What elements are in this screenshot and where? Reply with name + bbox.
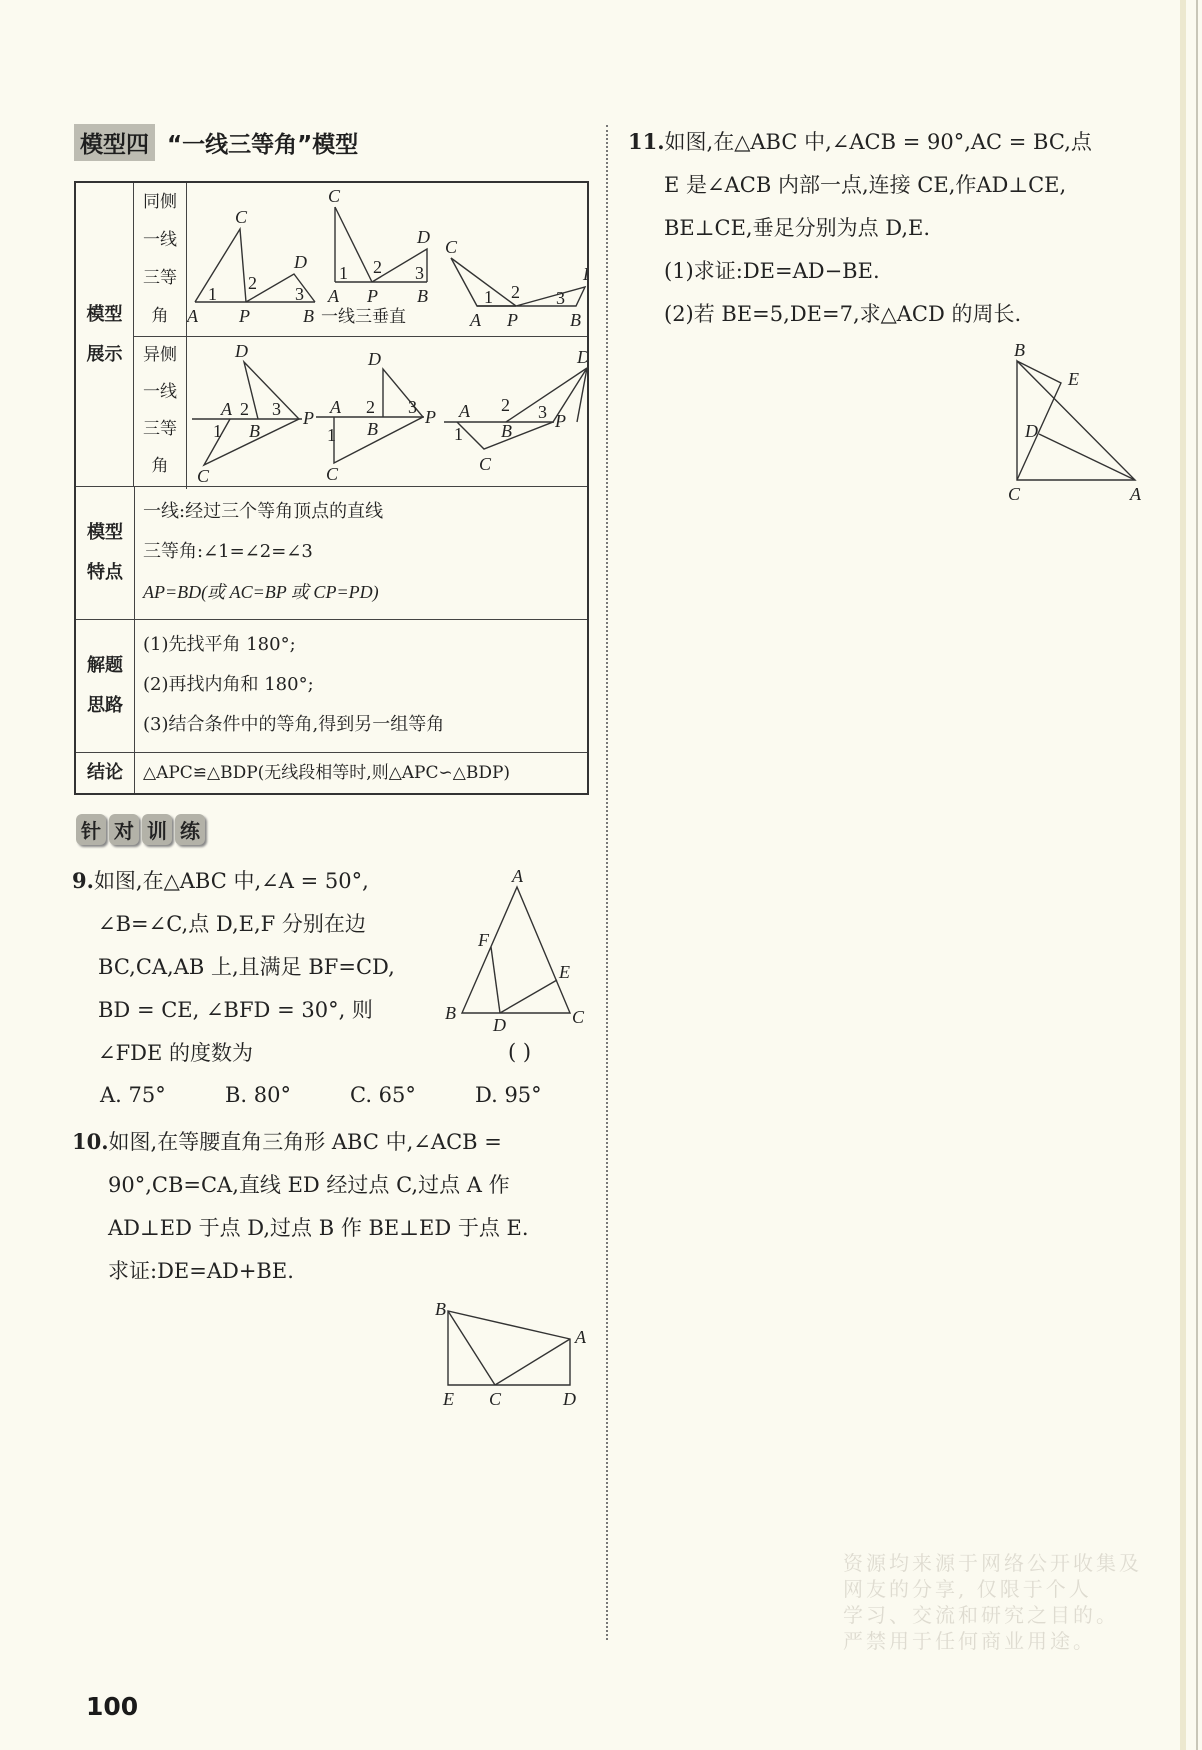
- question-line: BD = CE, ∠BFD = 30°, 则: [72, 989, 442, 1032]
- table-row-conclusion: 结论 △APC≌△BDP(无线段相等时,则△APC∽△BDP): [76, 752, 587, 793]
- question-number: 11.: [628, 129, 665, 154]
- row-header-line: 解题: [87, 646, 123, 686]
- question-9-options: A. 75° B. 80° C. 65° D. 95°: [100, 1074, 600, 1117]
- question-line: BC,CA,AB 上,且满足 BF=CD,: [72, 946, 442, 989]
- conclusion-content: △APC≌△BDP(无线段相等时,则△APC∽△BDP): [135, 753, 587, 793]
- svg-text:A: A: [329, 397, 342, 417]
- section-title: “一线三等角”模型: [167, 126, 358, 159]
- svg-text:B: B: [417, 286, 428, 306]
- svg-text:P: P: [238, 306, 250, 326]
- svg-text:E: E: [442, 1389, 454, 1409]
- column-divider: [606, 125, 608, 1640]
- svg-text:A: A: [458, 401, 471, 421]
- feature-line: 三等角:∠1=∠2=∠3: [135, 532, 587, 572]
- svg-text:D: D: [582, 264, 587, 284]
- section-tag: 模型四: [74, 124, 155, 161]
- svg-text:D: D: [562, 1389, 576, 1409]
- row-header-line: 结论: [87, 753, 123, 793]
- approach-line: (3)结合条件中的等角,得到另一组等角: [135, 705, 587, 745]
- page-number: 100: [86, 1692, 138, 1721]
- svg-text:F: F: [477, 930, 490, 950]
- question-11-figure: BED CA: [990, 340, 1150, 510]
- svg-text:2: 2: [373, 257, 382, 277]
- svg-text:3: 3: [415, 263, 424, 283]
- same-side-figures: ACP DB 123 一线三垂直 CAPBD 123: [187, 183, 587, 336]
- svg-text:B: B: [249, 421, 260, 441]
- row-header-line: 思路: [87, 686, 123, 726]
- watermark-line: 资源均来源于网络公开收集及: [843, 1550, 1142, 1576]
- svg-text:D: D: [234, 341, 248, 361]
- svg-text:D: D: [293, 252, 307, 272]
- section-header: 模型四 “一线三等角”模型: [74, 124, 358, 160]
- svg-text:1: 1: [339, 263, 348, 283]
- svg-text:3: 3: [408, 397, 417, 417]
- label-line: 角: [134, 448, 186, 485]
- watermark-line: 学习、交流和研究之目的。: [843, 1602, 1142, 1628]
- svg-text:E: E: [1067, 369, 1079, 389]
- conclusion-line: △APC≌△BDP(无线段相等时,则△APC∽△BDP): [135, 753, 587, 793]
- svg-text:B: B: [367, 419, 378, 439]
- svg-text:B: B: [570, 310, 581, 330]
- svg-text:C: C: [235, 207, 248, 227]
- opposite-side-diagrams: DA23 PB1C DA23 PB1C DA23 PB1C: [187, 337, 587, 485]
- option-c: C. 65°: [350, 1074, 475, 1117]
- question-line: 求证:DE=AD+BE.: [72, 1250, 592, 1293]
- approach-content: (1)先找平角 180°; (2)再找内角和 180°; (3)结合条件中的等角…: [135, 620, 587, 752]
- svg-text:C: C: [445, 237, 458, 257]
- svg-text:1: 1: [454, 424, 463, 444]
- svg-text:B: B: [501, 421, 512, 441]
- question-line: 如图,在△ABC 中,∠A = 50°,: [94, 869, 369, 893]
- svg-text:1: 1: [327, 425, 336, 445]
- svg-text:D: D: [576, 347, 587, 367]
- row-header-line: 特点: [87, 553, 123, 593]
- question-line: AD⊥ED 于点 D,过点 B 作 BE⊥ED 于点 E.: [72, 1207, 592, 1250]
- question-9: 9.如图,在△ABC 中,∠A = 50°, ∠B=∠C,点 D,E,F 分别在…: [72, 859, 442, 1075]
- option-b: B. 80°: [225, 1074, 350, 1117]
- question-number: 10.: [72, 1129, 109, 1154]
- svg-text:A: A: [327, 286, 340, 306]
- option-a: A. 75°: [100, 1074, 225, 1117]
- question-line: ∠FDE 的度数为: [72, 1032, 442, 1075]
- label-line: 异侧: [134, 337, 186, 374]
- label-line: 一线: [134, 221, 186, 259]
- svg-text:C: C: [197, 466, 210, 485]
- svg-text:B: B: [1014, 340, 1025, 360]
- svg-text:2: 2: [366, 397, 375, 417]
- row-header: 模型 展示: [76, 183, 134, 486]
- svg-text:B: B: [303, 306, 314, 326]
- table-row-approach: 解题 思路 (1)先找平角 180°; (2)再找内角和 180°; (3)结合…: [76, 619, 587, 752]
- table-row-model-display: 模型 展示 同侧 一线 三等 角 ACP: [76, 183, 587, 486]
- watermark: 资源均来源于网络公开收集及 网友的分享, 仅限于个人 学习、交流和研究之目的。 …: [843, 1550, 1142, 1654]
- feature-line: 一线:经过三个等角顶点的直线: [135, 492, 587, 532]
- features-content: 一线:经过三个等角顶点的直线 三等角:∠1=∠2=∠3 AP=BD(或 AC=B…: [135, 487, 587, 619]
- label-line: 一线: [134, 374, 186, 411]
- svg-text:A: A: [511, 866, 524, 886]
- svg-text:P: P: [554, 411, 566, 431]
- svg-text:C: C: [1008, 484, 1021, 504]
- opposite-side-figures: DA23 PB1C DA23 PB1C DA23 PB1C: [187, 337, 587, 489]
- question-line: E 是∠ACB 内部一点,连接 CE,作AD⊥CE,: [628, 164, 1188, 207]
- svg-text:2: 2: [240, 399, 249, 419]
- svg-text:D: D: [416, 227, 430, 247]
- approach-line: (2)再找内角和 180°;: [135, 665, 587, 705]
- practice-char: 训: [142, 814, 172, 845]
- same-side-label: 同侧 一线 三等 角: [134, 183, 187, 336]
- question-9-figure: ABC DEF: [440, 860, 600, 1050]
- question-number: 9.: [72, 868, 94, 893]
- option-d: D. 95°: [475, 1074, 600, 1117]
- svg-text:3: 3: [556, 288, 565, 308]
- svg-text:D: D: [367, 349, 381, 369]
- svg-text:C: C: [326, 464, 339, 484]
- svg-text:3: 3: [295, 284, 304, 304]
- svg-text:2: 2: [248, 273, 257, 293]
- practice-char: 针: [76, 814, 106, 845]
- svg-text:C: C: [489, 1389, 502, 1409]
- svg-text:一线三垂直: 一线三垂直: [321, 307, 406, 327]
- svg-text:C: C: [572, 1007, 585, 1027]
- svg-text:C: C: [328, 186, 341, 206]
- svg-text:3: 3: [272, 399, 281, 419]
- svg-text:D: D: [492, 1015, 506, 1035]
- svg-text:P: P: [424, 407, 436, 427]
- question-line: 如图,在等腰直角三角形 ABC 中,∠ACB =: [109, 1130, 502, 1154]
- svg-text:E: E: [558, 962, 570, 982]
- row-header: 结论: [76, 753, 135, 793]
- table-row-features: 模型 特点 一线:经过三个等角顶点的直线 三等角:∠1=∠2=∠3 AP=BD(…: [76, 486, 587, 619]
- feature-line: AP=BD(或 AC=BP 或 CP=PD): [135, 572, 587, 612]
- svg-text:2: 2: [511, 282, 520, 302]
- question-line: ∠B=∠C,点 D,E,F 分别在边: [72, 903, 442, 946]
- model-table: 模型 展示 同侧 一线 三等 角 ACP: [74, 181, 589, 795]
- row-header-line: 模型: [87, 295, 123, 335]
- svg-text:P: P: [366, 286, 378, 306]
- same-side-row: 同侧 一线 三等 角 ACP DB 123 一线三垂直: [134, 183, 587, 337]
- svg-text:A: A: [220, 399, 233, 419]
- svg-text:C: C: [479, 454, 492, 474]
- watermark-line: 网友的分享, 仅限于个人: [843, 1576, 1142, 1602]
- practice-char: 对: [109, 814, 139, 845]
- label-line: 三等: [134, 411, 186, 448]
- row-header: 模型 特点: [76, 487, 135, 619]
- svg-text:2: 2: [501, 395, 510, 415]
- question-line: (1)求证:DE=AD−BE.: [628, 250, 1188, 293]
- svg-text:1: 1: [213, 421, 222, 441]
- same-side-diagrams: ACP DB 123 一线三垂直 CAPBD 123: [187, 183, 587, 336]
- opposite-side-label: 异侧 一线 三等 角: [134, 337, 187, 489]
- row-header: 解题 思路: [76, 620, 135, 752]
- watermark-line: 严禁用于任何商业用途。: [843, 1628, 1142, 1654]
- svg-text:A: A: [574, 1327, 587, 1347]
- question-line: 如图,在△ABC 中,∠ACB = 90°,AC = BC,点: [665, 130, 1092, 154]
- label-line: 角: [134, 297, 186, 335]
- svg-text:3: 3: [538, 402, 547, 422]
- svg-text:1: 1: [208, 284, 217, 304]
- svg-text:P: P: [506, 310, 518, 330]
- practice-char: 练: [175, 814, 205, 845]
- opposite-side-row: 异侧 一线 三等 角 DA23 PB1C DA23: [134, 337, 587, 489]
- svg-text:1: 1: [484, 287, 493, 307]
- practice-header: 针 对 训 练: [76, 814, 205, 845]
- svg-text:A: A: [187, 306, 199, 326]
- row-header-line: 展示: [87, 335, 123, 375]
- svg-text:B: B: [445, 1003, 456, 1023]
- page-edge-line: [1196, 0, 1198, 1750]
- svg-text:B: B: [435, 1299, 446, 1319]
- approach-line: (1)先找平角 180°;: [135, 625, 587, 665]
- question-line: 90°,CB=CA,直线 ED 经过点 C,过点 A 作: [72, 1164, 592, 1207]
- svg-text:D: D: [1024, 421, 1038, 441]
- label-line: 同侧: [134, 183, 186, 221]
- svg-text:A: A: [1129, 484, 1142, 504]
- row-header-line: 模型: [87, 513, 123, 553]
- question-11: 11.如图,在△ABC 中,∠ACB = 90°,AC = BC,点 E 是∠A…: [628, 120, 1188, 336]
- question-line: (2)若 BE=5,DE=7,求△ACD 的周长.: [628, 293, 1188, 336]
- svg-text:A: A: [469, 310, 482, 330]
- question-line: BE⊥CE,垂足分别为点 D,E.: [628, 207, 1188, 250]
- question-10-figure: BA ECD: [425, 1295, 600, 1410]
- question-10: 10.如图,在等腰直角三角形 ABC 中,∠ACB = 90°,CB=CA,直线…: [72, 1120, 592, 1293]
- label-line: 三等: [134, 259, 186, 297]
- svg-text:P: P: [302, 408, 314, 428]
